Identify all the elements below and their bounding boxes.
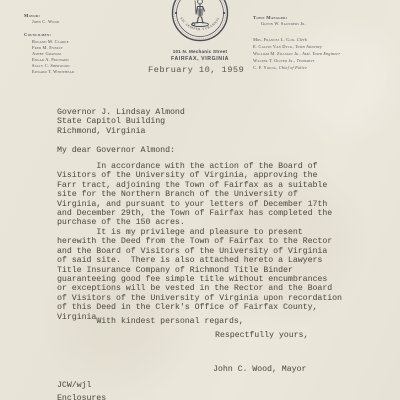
letter-date: February 10, 1959 <box>148 66 244 75</box>
scanned-letter-page: { "page": { "paper_color": "#e9e5d9", "l… <box>0 0 400 400</box>
town-manager-block: Town Manager: Glenn W. Saunders Jr. <box>253 15 306 27</box>
mayor-heading: Mayor: <box>24 13 59 18</box>
enclosures-note: Enclosures <box>57 394 106 400</box>
staff-title: Town Attorney <box>295 44 322 49</box>
svg-text:SIC SEMPER TYRANNIS: SIC SEMPER TYRANNIS <box>179 17 220 32</box>
virginia-seal-icon: SIC SEMPER TYRANNIS <box>168 0 232 46</box>
staff-list: Mrs. Frances L. Cox, Clerk E. Calvin Van… <box>253 36 340 71</box>
staff-line: Walter T. Oliver Jr., Treasurer <box>253 57 340 64</box>
staff-name: Mrs. Frances L. Cox, <box>253 37 295 42</box>
town-seal: SIC SEMPER TYRANNIS <box>168 0 232 46</box>
staff-line: C. F. Young, Chief of Police <box>253 64 340 71</box>
staff-line: E. Calvin Van Dyck, Town Attorney <box>253 43 340 50</box>
town-manager-name: Glenn W. Saunders Jr. <box>261 21 306 27</box>
councilman-name: Edward T. Whitehead <box>32 69 74 75</box>
regards-line: With kindest personal regards, <box>57 317 244 326</box>
staff-name: E. Calvin Van Dyck, <box>253 44 294 49</box>
councilmen-heading: Councilmen: <box>24 32 74 37</box>
body-paragraph-2: It is my privilege and pleasure to prese… <box>57 228 362 322</box>
staff-title: Asst. Town Engineer <box>302 51 340 56</box>
closing-line: Respectfully yours, <box>215 331 308 340</box>
seal-motto: SIC SEMPER TYRANNIS <box>179 17 220 32</box>
staff-title: Clerk <box>297 37 307 42</box>
mayor-block: Mayor: John C. Wood <box>24 13 59 25</box>
staff-name: Walter T. Oliver Jr., <box>253 58 295 63</box>
recipient-address: Governor J. Lindsay Almond State Capitol… <box>57 108 185 136</box>
body-paragraph-1: In accordance with the action of the Boa… <box>57 162 357 228</box>
town-manager-heading: Town Manager: <box>253 15 306 20</box>
typist-initials: JCW/wjl <box>57 381 91 390</box>
staff-title: Treasurer <box>297 58 315 63</box>
staff-title: Chief of Police <box>279 65 307 70</box>
mayor-name: John C. Wood <box>32 19 59 25</box>
staff-name: C. F. Young, <box>253 65 278 70</box>
staff-name: William M. Zillman Jr., <box>253 51 301 56</box>
salutation: My dear Governor Almond: <box>57 146 175 155</box>
signature-name: John C. Wood, Mayor <box>213 365 306 374</box>
staff-line: Mrs. Frances L. Cox, Clerk <box>253 36 340 43</box>
staff-line: William M. Zillman Jr., Asst. Town Engin… <box>253 50 340 57</box>
